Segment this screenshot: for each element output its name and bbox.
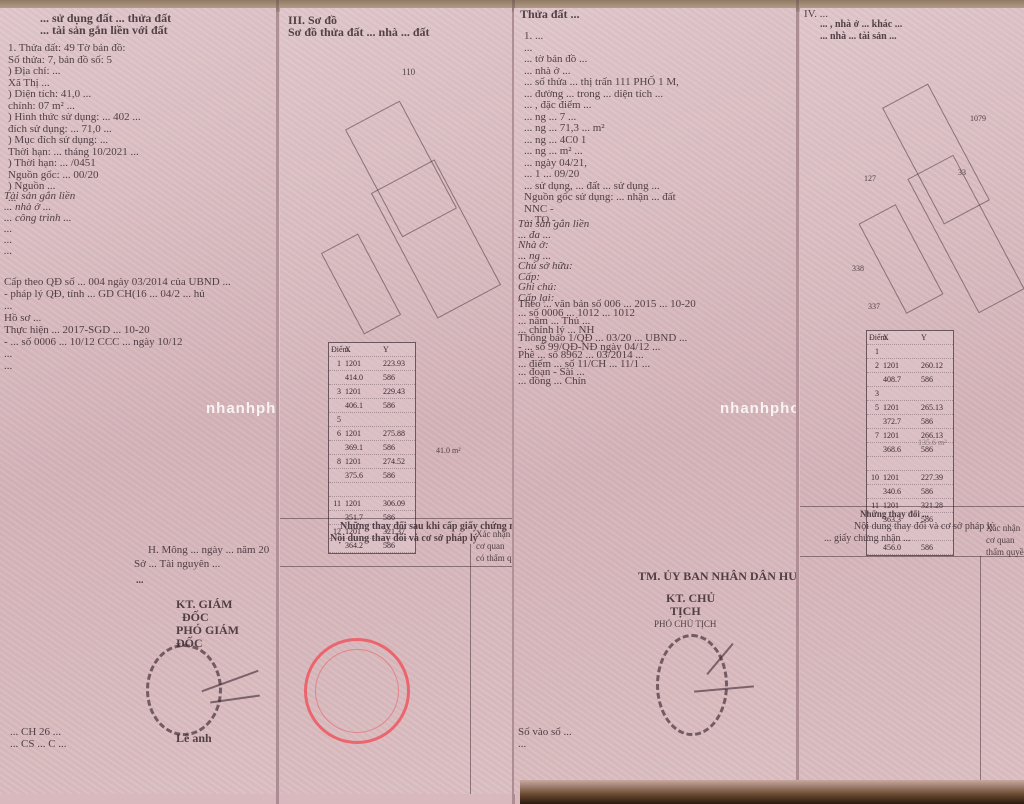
table-cell: 1201 bbox=[343, 499, 381, 508]
table-cell: 265.13 bbox=[919, 403, 953, 412]
signing-place-date: H. Mông ... ngày ... năm 20 bbox=[148, 544, 269, 557]
table-cell: 274.52 bbox=[381, 457, 415, 466]
authority-line-1: ... bbox=[136, 574, 144, 587]
column-divider bbox=[470, 544, 471, 794]
table-row: 1 bbox=[867, 345, 953, 359]
table-cell: X bbox=[343, 345, 381, 354]
page2-header-2: Sơ đồ thửa đất ... nhà ... đất bbox=[288, 26, 430, 39]
red-seal bbox=[304, 638, 410, 744]
map-label: 1079 bbox=[970, 112, 986, 125]
table-cell: 586 bbox=[919, 375, 953, 384]
table-row: 372.7586 bbox=[867, 415, 953, 429]
table-cell: 408.7 bbox=[881, 375, 919, 384]
table-row: 21201260.12 bbox=[867, 359, 953, 373]
divider bbox=[800, 556, 1024, 557]
table-row: 368.6586 bbox=[867, 443, 953, 457]
signer-title-2: TỊCH bbox=[670, 605, 701, 618]
table-cell: 260.12 bbox=[919, 361, 953, 370]
changes-subheader-2: ... giấy chứng nhận ... bbox=[824, 532, 911, 545]
official-seal bbox=[656, 634, 728, 736]
divider bbox=[280, 566, 512, 567]
table-cell: 1201 bbox=[343, 359, 381, 368]
page3-header-1: Thửa đất ... bbox=[520, 8, 580, 21]
table-cell: 1 bbox=[329, 359, 343, 368]
page1-header-2: ... tài sản gắn liền với đất bbox=[40, 24, 168, 37]
text-line: ... đồng ... Chín bbox=[518, 375, 586, 388]
map-label: 337 bbox=[868, 300, 880, 313]
table-cell: 5 bbox=[867, 403, 881, 412]
text-line: - pháp lý QĐ, tính ... GD CH(16 ... 04/2… bbox=[4, 288, 205, 301]
table-cell: 375.6 bbox=[343, 471, 381, 480]
table-cell: 368.6 bbox=[881, 445, 919, 454]
table-cell: 1201 bbox=[881, 431, 919, 440]
table-cell: 3 bbox=[867, 389, 881, 398]
page-fold bbox=[796, 0, 799, 804]
page4-header-3: ... nhà ... tài sản ... bbox=[820, 30, 897, 43]
table-cell: 227.39 bbox=[919, 473, 953, 482]
table-cell: 5 bbox=[329, 415, 343, 424]
table-cell: 372.7 bbox=[881, 417, 919, 426]
certificate-page-2: III. Sơ đồ Sơ đồ thửa đất ... nhà ... đấ… bbox=[280, 8, 512, 794]
signer-title-3: PHÓ CHỦ TỊCH bbox=[654, 618, 716, 631]
table-row: 71201266.13 bbox=[867, 429, 953, 443]
table-cell: 306.09 bbox=[381, 499, 415, 508]
table-row: 11201223.93 bbox=[329, 357, 415, 371]
map-label: 338 bbox=[852, 262, 864, 275]
table-row bbox=[329, 483, 415, 497]
certificate-page-3: Thửa đất ... 1. ...... ... tờ bản đồ ...… bbox=[514, 8, 796, 794]
table-cell: 275.88 bbox=[381, 429, 415, 438]
parcel-area-label: 41.0 m² bbox=[436, 444, 461, 457]
table-cell: 3 bbox=[329, 387, 343, 396]
table-row: 406.1586 bbox=[329, 399, 415, 413]
table-row bbox=[867, 457, 953, 471]
table-row: 51201265.13 bbox=[867, 401, 953, 415]
official-seal bbox=[146, 644, 222, 736]
certificate-page-1: ... sử dụng đất ... thửa đất ... tài sản… bbox=[0, 8, 276, 794]
changes-right-3: có thẩm quyền bbox=[476, 552, 512, 565]
table-cell: 1201 bbox=[343, 387, 381, 396]
table-cell: 586 bbox=[919, 487, 953, 496]
neighbor-parcel bbox=[321, 234, 401, 335]
table-row: 414.0586 bbox=[329, 371, 415, 385]
table-cell: 266.13 bbox=[919, 431, 953, 440]
text-line: ... công trình ... bbox=[4, 212, 72, 225]
text-line: - ... số 0006 ... 10/12 CCC ... ngày 10/… bbox=[4, 336, 182, 349]
table-row: 3 bbox=[867, 387, 953, 401]
table-surface-bottom bbox=[520, 780, 1024, 804]
table-row: 81201274.52 bbox=[329, 455, 415, 469]
table-row: 61201275.88 bbox=[329, 427, 415, 441]
text-line: ... bbox=[4, 360, 12, 373]
table-cell: Điểm bbox=[867, 333, 881, 342]
certificate-page-4: IV. ... ... , nhà ở ... khác ... ... nhà… bbox=[800, 8, 1024, 794]
table-cell: 6 bbox=[329, 429, 343, 438]
issued-number-2: ... bbox=[518, 738, 526, 751]
text-line: ... bbox=[4, 245, 12, 258]
table-cell: 11 bbox=[329, 499, 343, 508]
map-label: 127 bbox=[864, 172, 876, 185]
table-row: 408.7586 bbox=[867, 373, 953, 387]
table-row: 111201306.09 bbox=[329, 497, 415, 511]
divider bbox=[280, 518, 512, 519]
table-row: 340.6586 bbox=[867, 485, 953, 499]
table-cell: 369.1 bbox=[343, 443, 381, 452]
changes-subheader: Nội dung thay đổi và cơ sở pháp lý bbox=[330, 532, 478, 545]
table-cell: 586 bbox=[381, 373, 415, 382]
table-cell: 229.43 bbox=[381, 387, 415, 396]
table-cell: 1201 bbox=[881, 403, 919, 412]
changes-right-3: thẩm quyền bbox=[986, 546, 1024, 559]
map-label: 33 bbox=[958, 166, 966, 179]
table-cell: 223.93 bbox=[381, 359, 415, 368]
issued-number-2: ... CS ... C ... bbox=[10, 738, 67, 751]
table-cell: 586 bbox=[919, 445, 953, 454]
page-fold bbox=[276, 0, 279, 804]
table-cell: 414.0 bbox=[343, 373, 381, 382]
table-cell: 406.1 bbox=[343, 401, 381, 410]
table-cell: 340.6 bbox=[881, 487, 919, 496]
table-cell: 586 bbox=[919, 543, 953, 552]
table-cell: 1201 bbox=[881, 473, 919, 482]
table-cell: 7 bbox=[867, 431, 881, 440]
table-cell: 586 bbox=[381, 443, 415, 452]
document-photo: ... sử dụng đất ... thửa đất ... tài sản… bbox=[0, 0, 1024, 804]
table-row: 31201229.43 bbox=[329, 385, 415, 399]
table-cell: 2 bbox=[867, 361, 881, 370]
table-header-row: ĐiểmXY bbox=[329, 343, 415, 357]
table-cell: 1 bbox=[867, 347, 881, 356]
table-row: 101201227.39 bbox=[867, 471, 953, 485]
table-cell: Y bbox=[919, 333, 953, 342]
watermark: nhanhpho24 bbox=[206, 400, 276, 417]
table-cell: 586 bbox=[381, 401, 415, 410]
table-cell: 10 bbox=[867, 473, 881, 482]
table-cell: 1201 bbox=[343, 429, 381, 438]
table-cell: Y bbox=[381, 345, 415, 354]
table-cell: Điểm bbox=[329, 345, 343, 354]
authority-line-1: TM. ỦY BAN NHÂN DÂN HUYỆN ... bbox=[638, 570, 796, 583]
table-cell: 586 bbox=[919, 417, 953, 426]
signing-authority-line: Sở ... Tài nguyên ... bbox=[134, 558, 220, 571]
table-cell: 8 bbox=[329, 457, 343, 466]
table-header-row: ĐiểmXY bbox=[867, 331, 953, 345]
table-row: 369.1586 bbox=[329, 441, 415, 455]
column-divider bbox=[980, 556, 981, 794]
map-label: 110 bbox=[402, 66, 415, 79]
table-row: 375.6586 bbox=[329, 469, 415, 483]
table-cell: X bbox=[881, 333, 919, 342]
watermark: nhanhpho24 bbox=[720, 400, 796, 417]
table-cell: 1201 bbox=[343, 457, 381, 466]
table-cell: 1201 bbox=[881, 361, 919, 370]
table-row: 5 bbox=[329, 413, 415, 427]
signer-name: Lê anh bbox=[176, 732, 212, 745]
table-cell: 586 bbox=[381, 471, 415, 480]
divider bbox=[800, 506, 1024, 507]
